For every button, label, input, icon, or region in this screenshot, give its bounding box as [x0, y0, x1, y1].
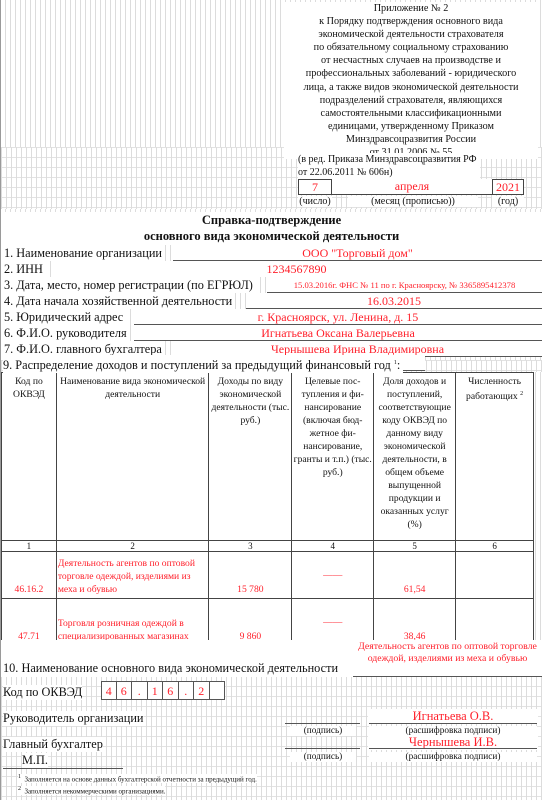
cell-name[interactable]: Торговля розничная одеждой в специализир…: [56, 599, 209, 646]
appendix-line: подразделений страхователя, являющихся: [284, 94, 538, 107]
section10-label: 10. Наименование основного вида экономич…: [3, 661, 338, 676]
footnote-2: 2 Заполняется некоммерческими организаци…: [18, 786, 165, 795]
field-inn: 2. ИНН 1234567890: [1, 261, 542, 277]
appendix-line: от несчастных случаев на производстве и: [284, 54, 538, 67]
field-label: 5. Юридический адрес: [4, 309, 126, 325]
appendix-line: Приложение № 2: [284, 2, 538, 15]
table-row: 46.16.2 Деятельность агентов по оптовой …: [2, 552, 534, 599]
cell-share[interactable]: 61,54: [374, 552, 456, 599]
appendix-header: Приложение № 2 к Порядку подтверждения о…: [284, 2, 538, 159]
head-name-line: [369, 723, 537, 724]
appendix-line: Минздравсоцразвития России: [284, 133, 538, 146]
footnote-mark: 1: [18, 774, 21, 780]
col-header-staff-text: Численность работающих: [466, 376, 521, 402]
appendix-line: самостоятельными классификационными: [284, 107, 538, 120]
okved-char-box[interactable]: [210, 681, 226, 700]
footnote-mark: 2: [520, 391, 523, 397]
date-row: 7 апреля 2021 (число) (месяц (прописью))…: [298, 179, 524, 195]
cell-code[interactable]: 46.16.2: [2, 552, 57, 599]
field-label: 1. Наименование организации: [4, 245, 165, 261]
cell-income[interactable]: 9 860: [209, 599, 292, 646]
okved-code-boxes: 4 6 . 1 6 . 2: [101, 681, 225, 700]
signature-caption: (подпись): [290, 726, 356, 736]
col-number: 1: [2, 541, 57, 552]
okved-char-box[interactable]: .: [179, 681, 195, 700]
signature-caption: (подпись): [290, 752, 356, 762]
registration-value[interactable]: 15.03.2016г. ФНС № 11 по г. Красноярску,…: [267, 277, 542, 293]
decode-caption: (расшифровка подписи): [369, 752, 537, 762]
cell-code[interactable]: 47.71: [2, 599, 57, 646]
col-number: 3: [209, 541, 292, 552]
cell-staff[interactable]: [456, 552, 534, 599]
date-month-field[interactable]: апреля: [332, 179, 492, 195]
org-name-value[interactable]: ООО "Торговый дом": [173, 245, 542, 261]
accountant-signature-line[interactable]: [285, 748, 360, 749]
field-start-date: 4. Дата начала хозяйственной деятельност…: [1, 293, 542, 309]
field-org-name: 1. Наименование организации ООО "Торговы…: [1, 245, 542, 261]
okved-char-box[interactable]: 2: [194, 681, 210, 700]
col-header-target: Целевые пос-тупления и фи-нансирование (…: [292, 373, 374, 541]
section9-suffix: :: [397, 358, 400, 372]
accountant-name-line: [369, 748, 537, 749]
head-name[interactable]: Игнатьева О.В.: [368, 709, 538, 724]
col-number: 5: [374, 541, 456, 552]
stamp-label: М.П.: [22, 753, 48, 768]
okved-char-box[interactable]: 1: [148, 681, 164, 700]
section9-label: 9. Распределение доходов и поступлений з…: [3, 356, 403, 373]
cell-income[interactable]: 15 780: [209, 552, 292, 599]
date-year-field[interactable]: 2021: [492, 179, 524, 195]
field-director: 6. Ф.И.О. руководителя Игнатьева Оксана …: [1, 325, 542, 341]
col-header-code: Код по ОКВЭД: [2, 373, 57, 541]
col-header-name: Наименование вида экономической деятельн…: [56, 373, 209, 541]
okved-char-box[interactable]: 4: [101, 681, 117, 700]
field-legal-address: 5. Юридический адрес г. Красноярск, ул. …: [1, 309, 542, 325]
footnote-text: Заполняется некоммерческими организациям…: [25, 787, 166, 795]
edit-note-line: от 22.06.2011 № 606н): [298, 166, 476, 179]
section9-row: 9. Распределение доходов и поступлений з…: [1, 356, 542, 371]
cell-staff[interactable]: [456, 599, 534, 646]
date-day-label: (число): [298, 196, 332, 207]
edit-note-line: (в ред. Приказа Минздравсоцразвития РФ: [298, 153, 476, 166]
start-date-value[interactable]: 16.03.2015: [246, 293, 542, 309]
col-number: 4: [292, 541, 374, 552]
accountant-label: Главный бухгалтер: [3, 737, 103, 752]
field-label: 3. Дата, место, номер регистрации (по ЕГ…: [4, 277, 256, 293]
head-label: Руководитель организации: [3, 711, 144, 726]
field-label: 6. Ф.И.О. руководителя: [4, 325, 130, 341]
income-distribution-table: Код по ОКВЭД Наименование вида экономиче…: [1, 372, 534, 658]
date-month-label: (месяц (прописью)): [348, 196, 478, 207]
edit-note: (в ред. Приказа Минздравсоцразвития РФ о…: [298, 153, 480, 179]
appendix-line: единицами, утвержденному Приказом: [284, 120, 538, 133]
col-header-income: Доходы по виду экономической деятельност…: [209, 373, 292, 541]
footnote-1: 1 Заполняется на основе данных бухгалтер…: [18, 774, 257, 783]
cell-share[interactable]: 38,46: [374, 599, 456, 646]
field-label: 4. Дата начала хозяйственной деятельност…: [4, 293, 235, 309]
field-registration: 3. Дата, место, номер регистрации (по ЕГ…: [1, 277, 542, 293]
date-year-label: (год): [492, 196, 524, 207]
appendix-line: экономической деятельности страхователя: [284, 28, 538, 41]
cell-target[interactable]: ——: [292, 599, 374, 646]
okved-char-box[interactable]: 6: [163, 681, 179, 700]
col-number: 6: [456, 541, 534, 552]
section9-text: 9. Распределение доходов и поступлений з…: [3, 358, 391, 372]
main-activity-value[interactable]: Деятельность агентов по оптовой торговле…: [353, 641, 542, 677]
col-header-staff: Численность работающих 2: [456, 373, 534, 541]
col-number: 2: [56, 541, 209, 552]
cell-target[interactable]: ——: [292, 552, 374, 599]
table-row: 47.71 Торговля розничная одеждой в специ…: [2, 599, 534, 646]
appendix-line: лица, а также видов экономической деятел…: [284, 81, 538, 94]
appendix-line: по обязательному социальному страхованию: [284, 41, 538, 54]
inn-value[interactable]: 1234567890: [51, 261, 542, 277]
column-numbers-row: 1 2 3 4 5 6: [2, 541, 534, 552]
legal-address-value[interactable]: г. Красноярск, ул. Ленина, д. 15: [134, 309, 542, 325]
col-header-share: Доля доходов и поступлений, соответствую…: [374, 373, 456, 541]
footnote-mark: 2: [18, 786, 21, 792]
okved-char-box[interactable]: 6: [117, 681, 133, 700]
table-header-row: Код по ОКВЭД Наименование вида экономиче…: [2, 373, 534, 541]
okved-label: Код по ОКВЭД: [3, 685, 82, 700]
director-value[interactable]: Игнатьева Оксана Валерьевна: [134, 325, 542, 341]
cell-name[interactable]: Деятельность агентов по оптовой торговле…: [56, 552, 209, 599]
appendix-line: профессиональных заболеваний - юридическ…: [284, 67, 538, 80]
footnote-separator: [3, 768, 123, 769]
footnote-text: Заполняется на основе данных бухгалтерск…: [25, 775, 257, 783]
date-day-field[interactable]: 7: [298, 179, 332, 195]
document-subtitle: основного вида экономической деятельност…: [1, 228, 542, 245]
okved-char-box[interactable]: .: [132, 681, 148, 700]
document-title: Справка-подтверждение: [1, 212, 542, 228]
appendix-line: к Порядку подтверждения основного вида: [284, 15, 538, 28]
field-label: 2. ИНН: [4, 261, 46, 277]
head-signature-line[interactable]: [285, 723, 360, 724]
